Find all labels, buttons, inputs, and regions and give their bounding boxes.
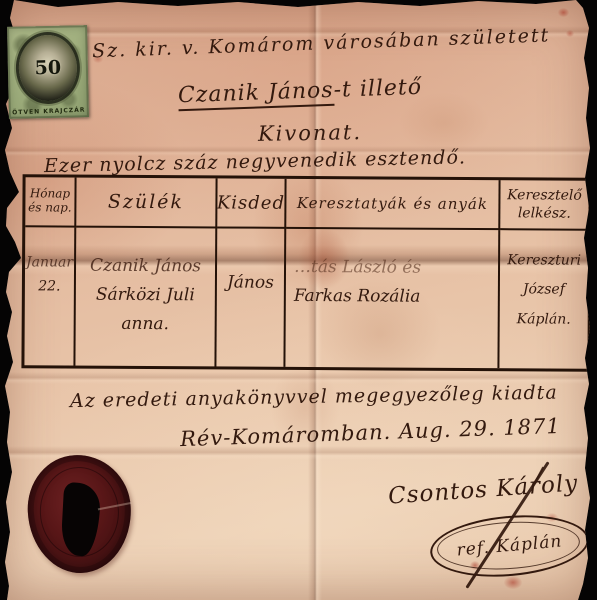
data-cell-godparents: …tás László és Farkas Rozália — [285, 229, 500, 368]
oval-office-stamp: ref. Káplán — [428, 509, 592, 583]
subject-line: Czanik János-t illető — [150, 74, 451, 109]
wax-seal — [25, 452, 134, 575]
paper-stain — [558, 8, 569, 17]
document-paper: Sz. kir. v. Komárom városában született … — [0, 0, 597, 600]
header-cell-parents: Szülék — [76, 178, 217, 229]
paper-stain — [504, 576, 522, 589]
data-cell-infant: János — [216, 228, 286, 366]
title-line: Sz. kir. v. Komárom városában született — [92, 24, 570, 63]
birth-register-table: Hónap és nap. Szülék Kisded Keresztatyák… — [21, 174, 591, 371]
subject-suffix: -t illető — [333, 75, 422, 103]
data-cell-pastor: Kereszturi József Káplán. — [499, 230, 588, 369]
revenue-stamp-value: 50 — [34, 57, 61, 80]
oval-office-stamp-inner-line — [436, 518, 582, 574]
extract-label: Kivonat. — [230, 120, 390, 147]
header-cell-month-day: Hónap és nap. — [25, 177, 76, 227]
data-cell-month-day: Januar 22. — [24, 227, 76, 365]
data-cell-parents: Czanik János Sárközi Juli anna. — [75, 228, 217, 367]
paper-stain — [398, 92, 490, 154]
place-date-line: Rév-Komáromban. Aug. 29. 1871 — [180, 413, 591, 451]
header-cell-infant: Kisded — [217, 178, 286, 228]
signature: Csontos Károly — [387, 470, 579, 509]
year-line: Ezer nyolcz száz negyvenedik esztendő. — [44, 145, 534, 177]
issued-line: Az eredeti anyakönyvvel megegyezőleg kia… — [70, 382, 540, 412]
revenue-stamp: 50 ÖTVEN KRAJCZÁR — [7, 25, 89, 119]
revenue-stamp-oval: 50 — [18, 34, 77, 101]
revenue-stamp-denomination: ÖTVEN KRAJCZÁR — [9, 106, 89, 116]
header-cell-godparents: Keresztatyák és anyák — [286, 179, 500, 230]
header-cell-pastor: Keresztelőlelkész. — [500, 180, 588, 231]
subject-name-underlined: Czanik János — [178, 78, 335, 111]
